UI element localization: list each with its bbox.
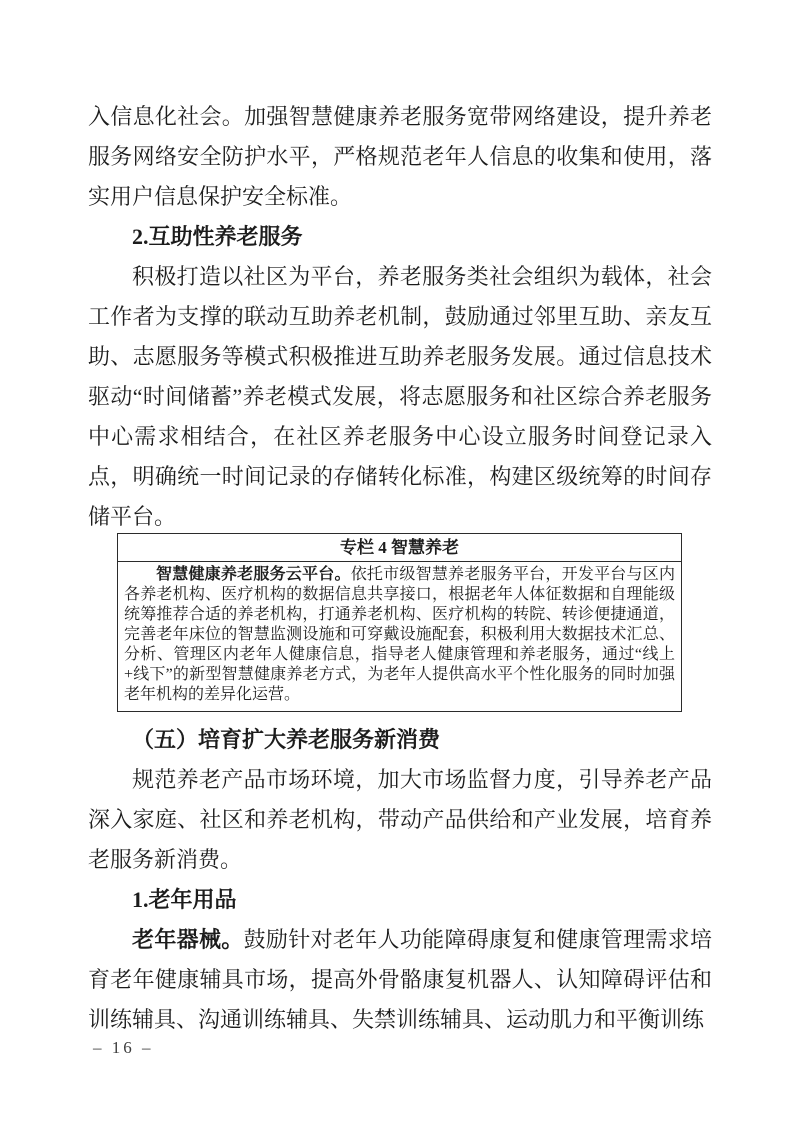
page-number: – 16 – [93,1038,154,1057]
column-box-smart-elderly-care: 专栏 4 智慧养老 智慧健康养老服务云平台。依托市级智慧养老服务平台，开发平台与… [117,533,682,712]
paragraph-elderly-products: 老年器械。鼓励针对老年人功能障碍康复和健康管理需求培育老年健康辅具市场，提高外骨… [88,920,712,1040]
column-box-lead: 智慧健康养老服务云平台。 [156,566,351,583]
page-footer: – 16 – [93,1038,154,1058]
paragraph-mutual-aid: 积极打造以社区为平台，养老服务类社会组织为载体，社会工作者为支撑的联动互助养老机… [88,257,712,537]
paragraph-new-consumption: 规范养老产品市场环境，加大市场监督力度，引导养老产品深入家庭、社区和养老机构，带… [88,760,712,880]
paragraph-intro-continuation: 入信息化社会。加强智慧健康养老服务宽带网络建设，提升养老服务网络安全防护水平，严… [88,97,712,217]
document-page: 入信息化社会。加强智慧健康养老服务宽带网络建设，提升养老服务网络安全防护水平，严… [0,0,793,1122]
document-body: 入信息化社会。加强智慧健康养老服务宽带网络建设，提升养老服务网络安全防护水平，严… [88,97,712,1040]
column-box-body: 智慧健康养老服务云平台。依托市级智慧养老服务平台，开发平台与区内各养老机构、医疗… [118,562,681,711]
heading-elderly-products: 1.老年用品 [88,880,712,920]
column-box-title: 专栏 4 智慧养老 [118,534,681,562]
heading-new-consumption: （五）培育扩大养老服务新消费 [88,720,712,760]
column-box-text: 依托市级智慧养老服务平台，开发平台与区内各养老机构、医疗机构的数据信息共享接口，… [124,566,675,703]
heading-mutual-aid-services: 2.互助性养老服务 [88,217,712,257]
paragraph-elderly-products-lead: 老年器械。 [132,927,244,952]
